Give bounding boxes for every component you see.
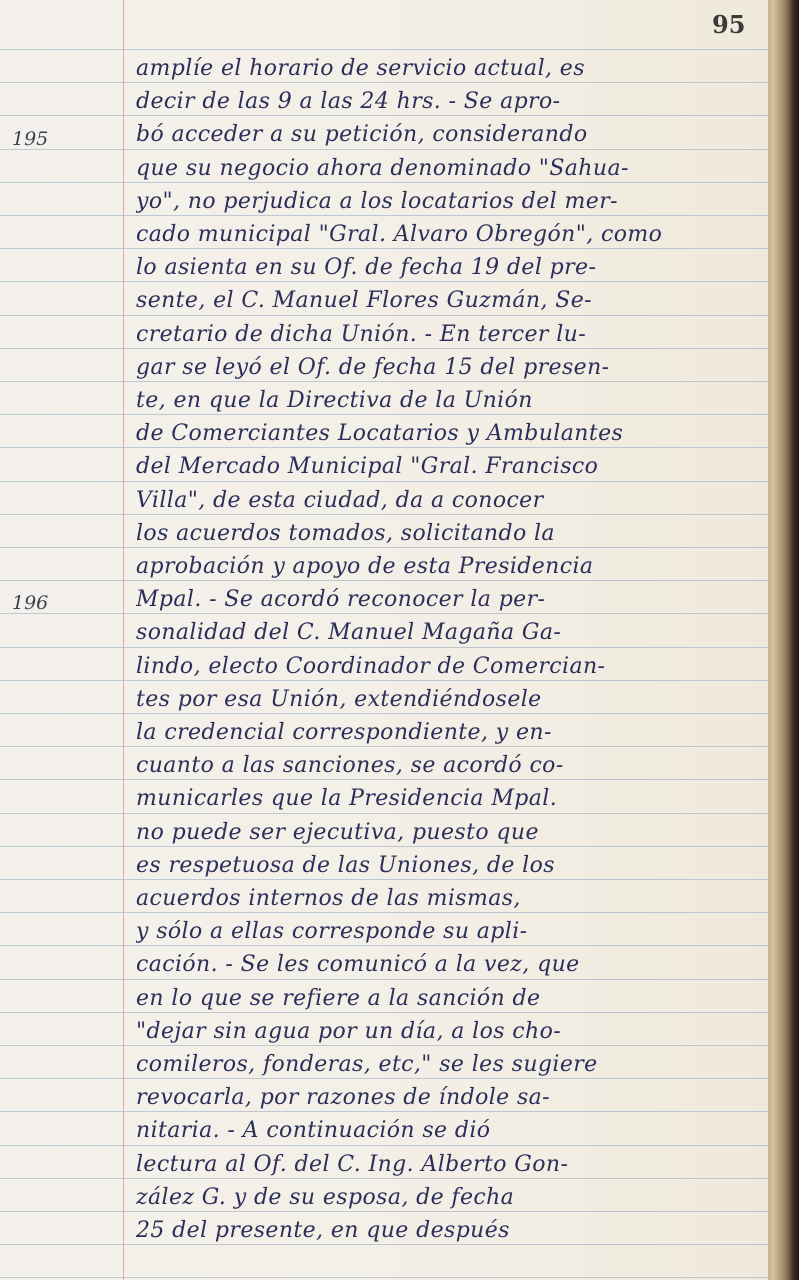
text-line: cretario de dicha Unión. - En tercer lu- [136,321,766,349]
text-line: del Mercado Municipal "Gral. Francisco [136,453,766,481]
text-line: "dejar sin agua por un día, a los cho- [136,1018,766,1046]
book-binding [772,0,799,1280]
text-line: acuerdos internos de las mismas, [136,885,766,913]
ruled-line [0,813,772,814]
text-line: 25 del presente, en que después [136,1217,766,1245]
text-line: lo asienta en su Of. de fecha 19 del pre… [136,254,766,282]
text-line: de Comerciantes Locatarios y Ambulantes [136,420,766,448]
text-line: en lo que se refiere a la sanción de [136,985,766,1013]
ledger-page: 95 195196 amplíe el horario de servicio … [0,0,772,1280]
text-line: lectura al Of. del C. Ing. Alberto Gon- [136,1151,766,1179]
text-line: cuanto a las sanciones, se acordó co- [136,752,766,780]
ruled-line [0,149,772,150]
text-line: tes por esa Unión, extendiéndosele [136,686,766,714]
text-line: y sólo a ellas corresponde su apli- [136,918,766,946]
ruled-line [0,1277,772,1278]
text-line: sente, el C. Manuel Flores Guzmán, Se- [136,287,766,315]
text-line: te, en que la Directiva de la Unión [136,387,766,415]
text-line: no puede ser ejecutiva, puesto que [136,819,766,847]
ruled-line [0,647,772,648]
text-line: sonalidad del C. Manuel Magaña Ga- [136,619,766,647]
text-line: que su negocio ahora denominado "Sahua- [136,155,766,183]
text-line: los acuerdos tomados, solicitando la [136,520,766,548]
entry-number: 196 [12,592,48,614]
text-line: amplíe el horario de servicio actual, es [136,55,766,83]
page-number: 95 [712,10,745,39]
ruled-line [0,315,772,316]
text-line: la credencial correspondiente, y en- [136,719,766,747]
text-line: es respetuosa de las Uniones, de los [136,852,766,880]
text-line: bó acceder a su petición, considerando [136,121,766,149]
ruled-line [0,49,772,50]
text-line: aprobación y apoyo de esta Presidencia [136,553,766,581]
ruled-line [0,481,772,482]
text-line: cado municipal "Gral. Alvaro Obregón", c… [136,221,766,249]
text-line: cación. - Se les comunicó a la vez, que [136,951,766,979]
text-line: yo", no perjudica a los locatarios del m… [136,188,766,216]
text-line: lindo, electo Coordinador de Comercian- [136,653,766,681]
ruled-line [0,979,772,980]
entry-number: 195 [12,128,48,150]
text-line: Villa", de esta ciudad, da a conocer [136,487,766,515]
text-line: gar se leyó el Of. de fecha 15 del prese… [136,354,766,382]
red-margin-line [123,0,124,1280]
text-line: zález G. y de su esposa, de fecha [136,1184,766,1212]
text-line: municarles que la Presidencia Mpal. [136,785,766,813]
text-line: decir de las 9 a las 24 hrs. - Se apro- [136,88,766,116]
ruled-line [0,1145,772,1146]
text-line: revocarla, por razones de índole sa- [136,1084,766,1112]
text-line: comileros, fonderas, etc," se les sugier… [136,1051,766,1079]
text-line: Mpal. - Se acordó reconocer la per- [136,586,766,614]
text-line: nitaria. - A continuación se dió [136,1117,766,1145]
